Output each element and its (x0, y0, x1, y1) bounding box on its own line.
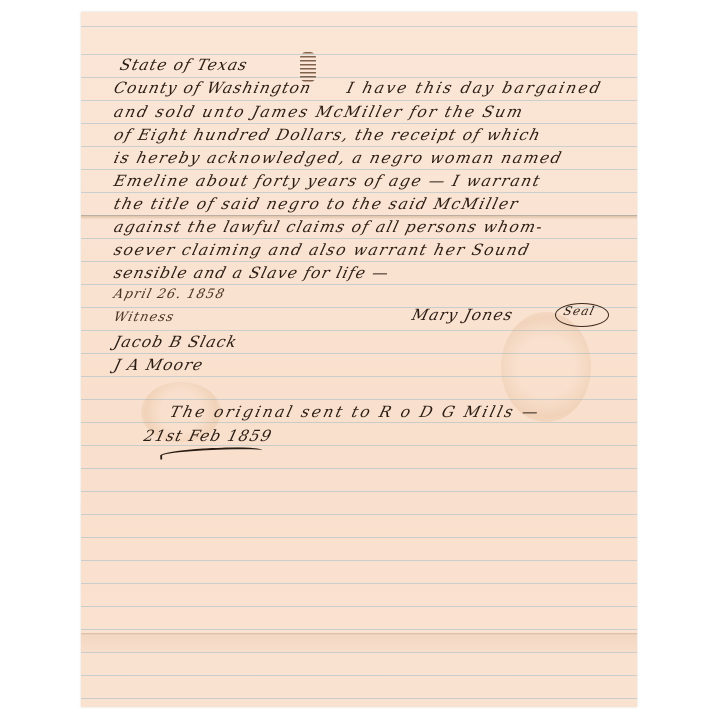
body-line: is hereby acknowledged, a negro woman na… (112, 149, 565, 167)
witness-name: J A Moore (112, 356, 206, 374)
heading-county: County of Washington (112, 79, 314, 97)
flourish-mark (300, 52, 316, 82)
seal-label: Seal (562, 304, 597, 318)
body-line: of Eight hundred Dollars, the receipt of… (112, 126, 543, 144)
body-line: sensible and a Slave for life — (112, 264, 391, 282)
body-line: against the lawful claims of all persons… (112, 218, 545, 236)
fold-crease-lower (81, 633, 637, 653)
heading-state: State of Texas (118, 56, 250, 74)
date: April 26. 1858 (112, 287, 227, 302)
note-date: 21st Feb 1859 (142, 427, 274, 445)
body-line: the title of said negro to the said McMi… (112, 195, 521, 213)
body-line: and sold unto James McMiller for the Sum (112, 103, 526, 121)
body-line: I have this day bargained (345, 79, 604, 97)
body-line: soever claiming and also warrant her Sou… (112, 241, 532, 259)
signature: Mary Jones (410, 306, 515, 324)
witness-name: Jacob B Slack (112, 333, 240, 351)
witness-label: Witness (112, 310, 176, 325)
body-line: Emeline about forty years of age — I war… (112, 172, 543, 190)
note-line: The original sent to R o D G Mills — (168, 403, 542, 421)
